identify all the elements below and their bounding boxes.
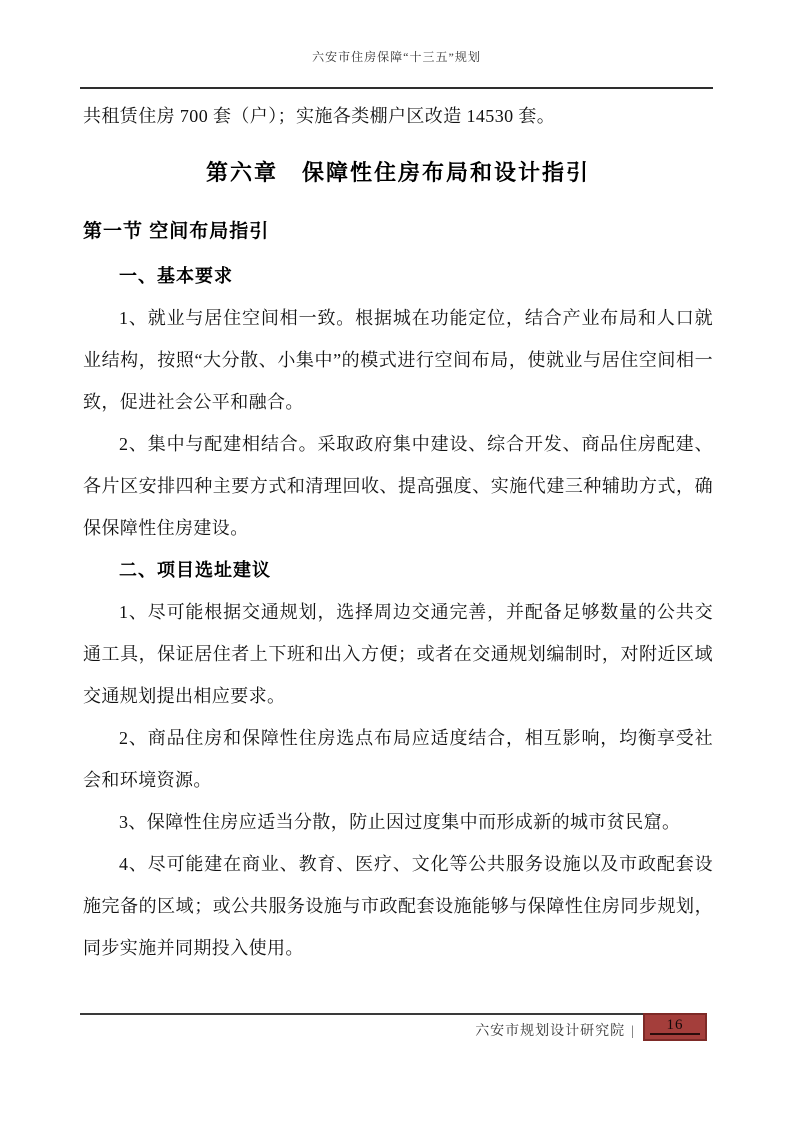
footer-separator: |	[631, 1024, 635, 1039]
paragraph: 2、集中与配建相结合。采取政府集中建设、综合开发、商品住房配建、各片区安排四种主…	[83, 423, 713, 549]
footer-rule	[80, 1013, 643, 1015]
paragraph: 4、尽可能建在商业、教育、医疗、文化等公共服务设施以及市政配套设施完备的区域；或…	[83, 843, 713, 969]
page-number-underline	[650, 1033, 700, 1035]
page-number-badge: 16	[643, 1013, 707, 1041]
subsection-title-basic-requirements: 一、基本要求	[83, 255, 713, 297]
intro-paragraph: 共租赁住房 700 套（户）；实施各类棚户区改造 14530 套。	[83, 95, 713, 137]
document-page: 六安市住房保障“十三五”规划 共租赁住房 700 套（户）；实施各类棚户区改造 …	[0, 0, 793, 1122]
paragraph: 1、尽可能根据交通规划，选择周边交通完善，并配备足够数量的公共交通工具，保证居住…	[83, 591, 713, 717]
footer-organization: 六安市规划设计研究院|	[475, 1020, 635, 1040]
header-rule	[80, 87, 713, 89]
paragraph: 2、商品住房和保障性住房选点布局应适度结合，相互影响，均衡享受社会和环境资源。	[83, 717, 713, 801]
chapter-title: 第六章 保障性住房布局和设计指引	[83, 152, 713, 194]
subsection-title-site-selection: 二、项目选址建议	[83, 549, 713, 591]
section-title: 第一节 空间布局指引	[83, 211, 713, 253]
paragraph: 1、就业与居住空间相一致。根据城在功能定位，结合产业布局和人口就业结构，按照“大…	[83, 297, 713, 423]
paragraph: 3、保障性住房应适当分散，防止因过度集中而形成新的城市贫民窟。	[83, 801, 713, 843]
footer-organization-label: 六安市规划设计研究院	[475, 1024, 625, 1039]
running-header-title: 六安市住房保障“十三五”规划	[0, 48, 793, 65]
page-content: 共租赁住房 700 套（户）；实施各类棚户区改造 14530 套。 第六章 保障…	[83, 95, 713, 969]
